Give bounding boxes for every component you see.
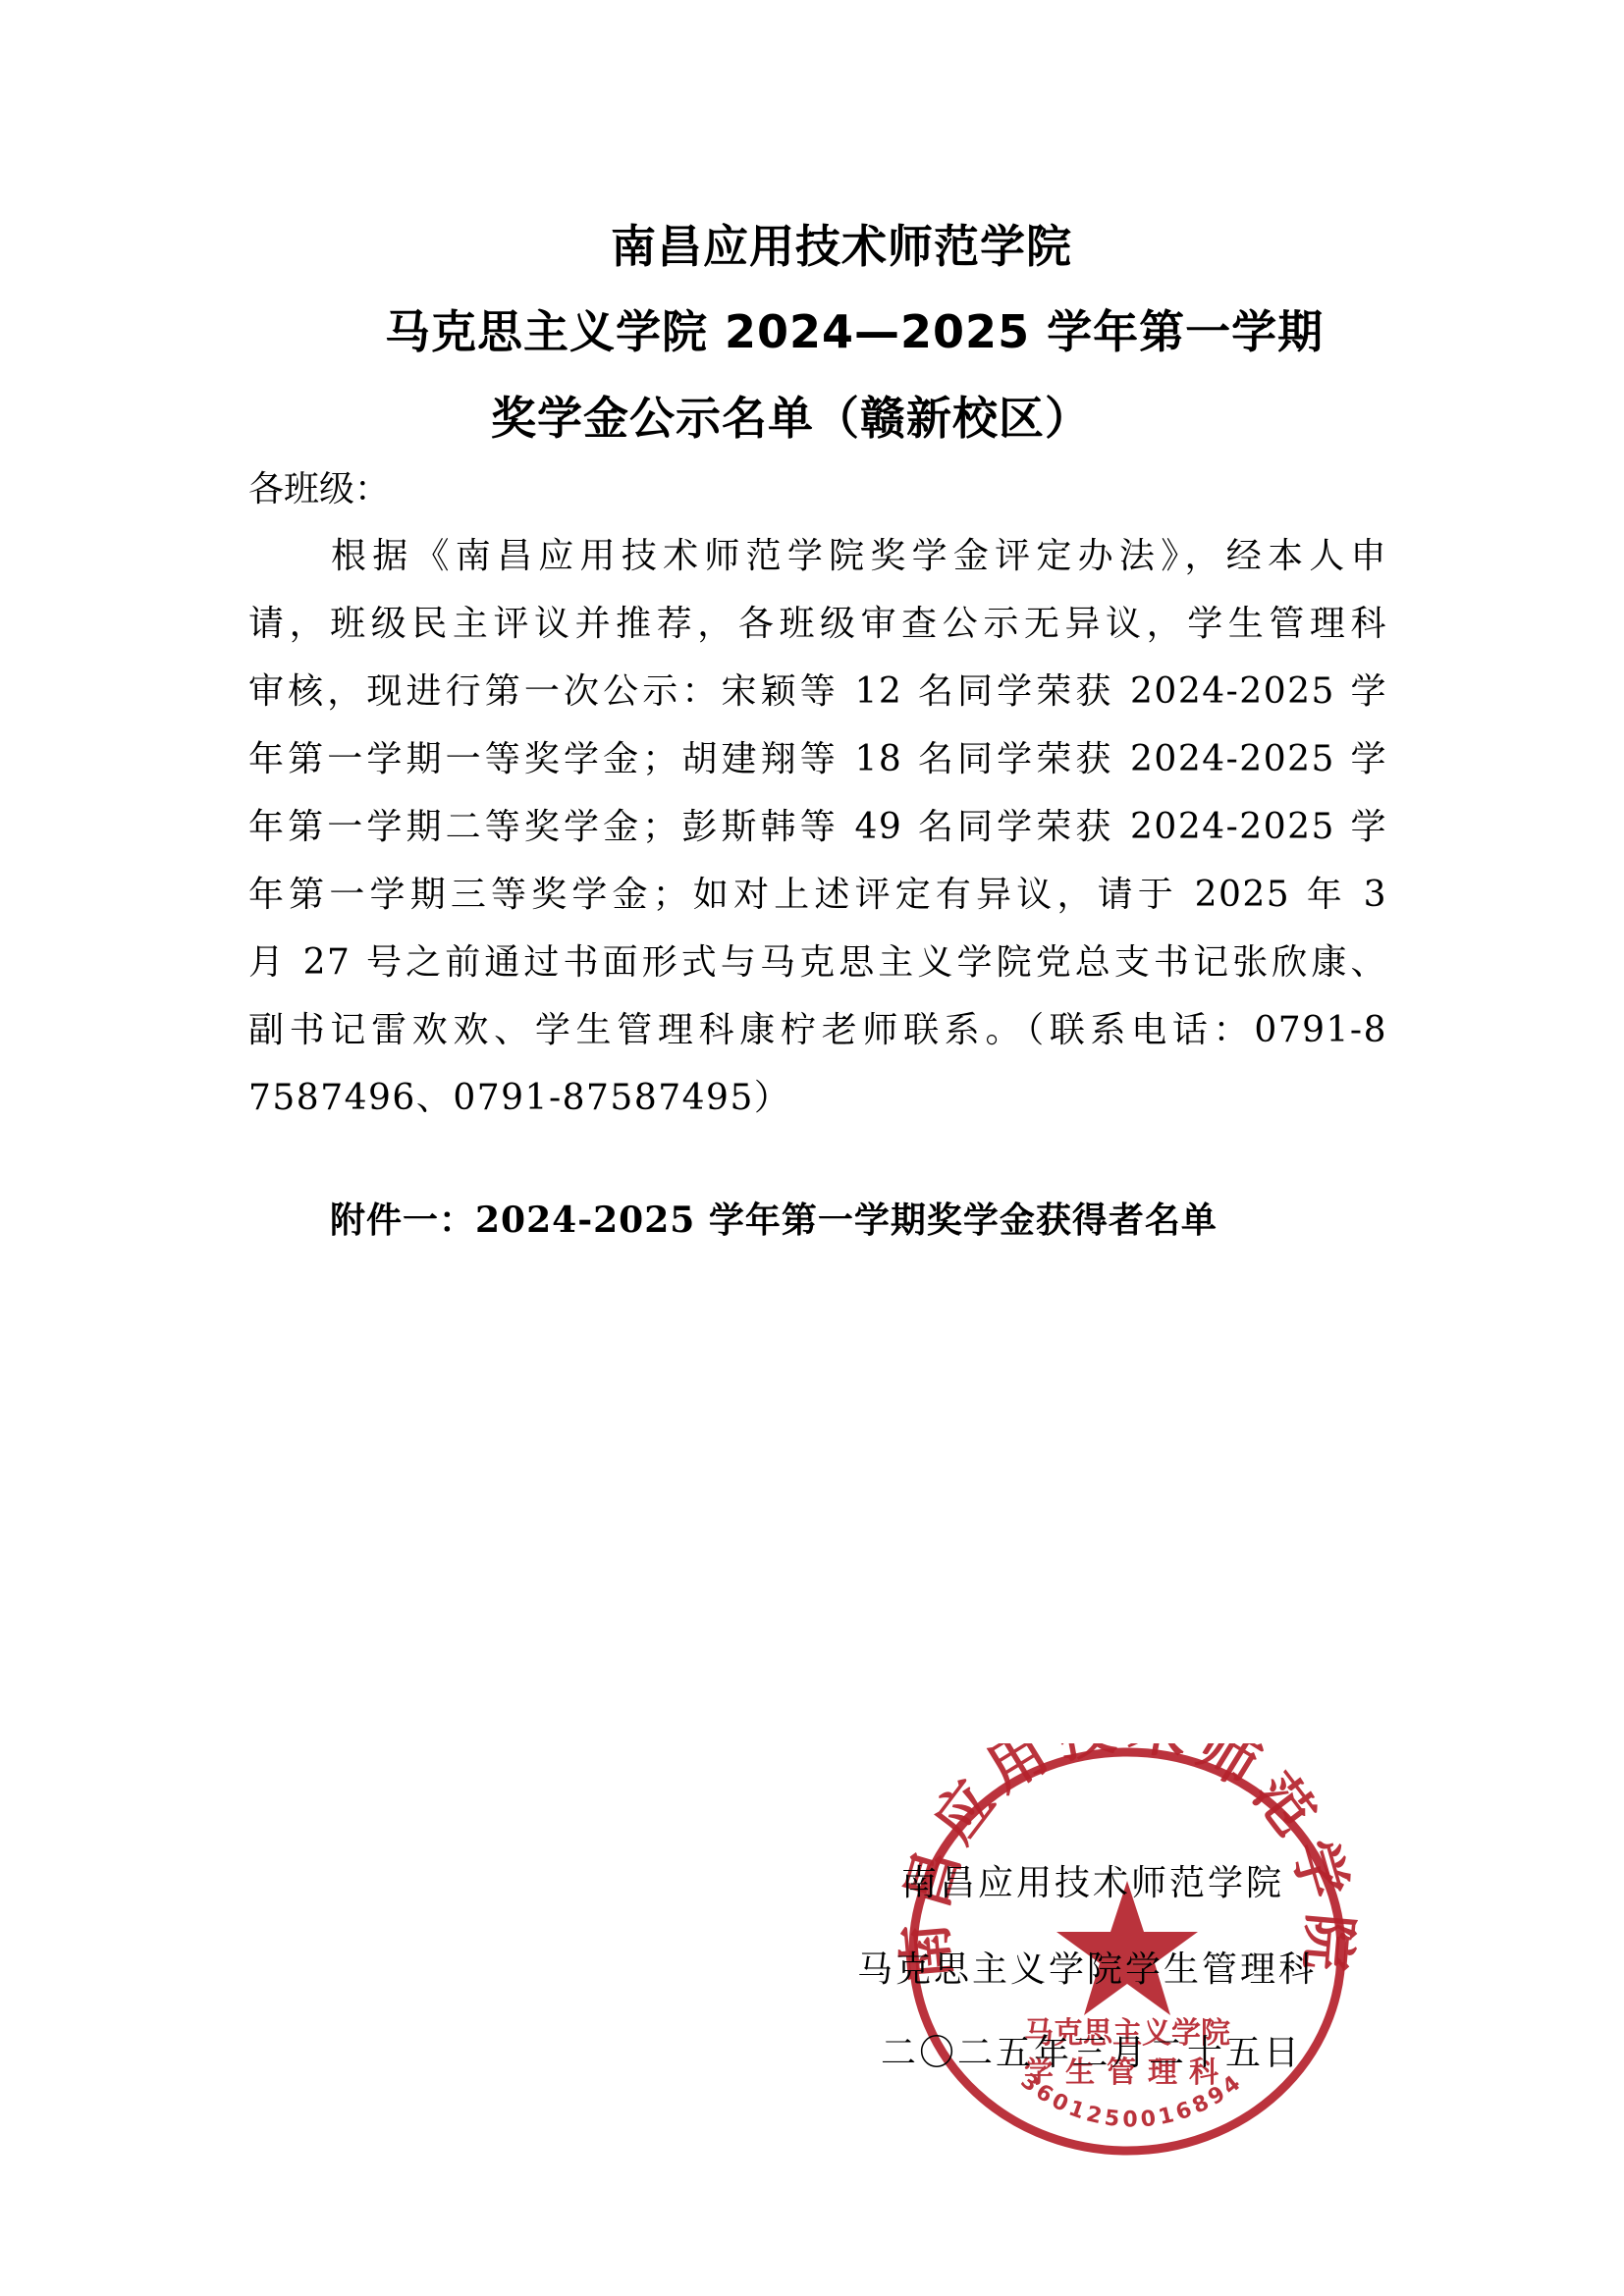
signature-date: 二〇二五年三月二十五日 (881, 2025, 1302, 2075)
title-scholarship-list: 奖学金公示名单（赣新校区） (491, 383, 1091, 448)
body-line: 月 27 号之前通过书面形式与马克思主义学院党总支书记张欣康、 (248, 929, 1387, 996)
body-line: 审核，现进行第一次公示：宋颖等 12 名同学荣获 2024-2025 学 (248, 658, 1387, 725)
body-line: 年第一学期一等奖学金；胡建翔等 18 名同学荣获 2024-2025 学 (248, 725, 1387, 793)
signature-department: 马克思主义学院学生管理科 (857, 1942, 1317, 1992)
body-line: 7587496、0791-87587495） (248, 1064, 1387, 1132)
title-institution: 南昌应用技术师范学院 (0, 211, 1624, 276)
body-line: 年第一学期三等奖学金；如对上述评定有异议，请于 2025 年 3 (248, 861, 1387, 929)
body-line: 年第一学期二等奖学金；彭斯韩等 49 名同学荣获 2024-2025 学 (248, 793, 1387, 861)
body-paragraph: 根据《南昌应用技术师范学院奖学金评定办法》，经本人申 请，班级民主评议并推荐，各… (248, 522, 1387, 1132)
salutation: 各班级： (248, 461, 390, 511)
body-line: 副书记雷欢欢、学生管理科康柠老师联系。（联系电话：0791-8 (248, 996, 1387, 1064)
title-school-term: 马克思主义学院 2024—2025 学年第一学期 (385, 296, 1324, 361)
attachment-title: 附件一：2024-2025 学年第一学期奖学金获得者名单 (330, 1193, 1218, 1243)
body-line: 根据《南昌应用技术师范学院奖学金评定办法》，经本人申 (248, 522, 1387, 590)
body-line: 请，班级民主评议并推荐，各班级审查公示无异议，学生管理科 (248, 590, 1387, 658)
signature-institution: 南昌应用技术师范学院 (901, 1855, 1284, 1905)
